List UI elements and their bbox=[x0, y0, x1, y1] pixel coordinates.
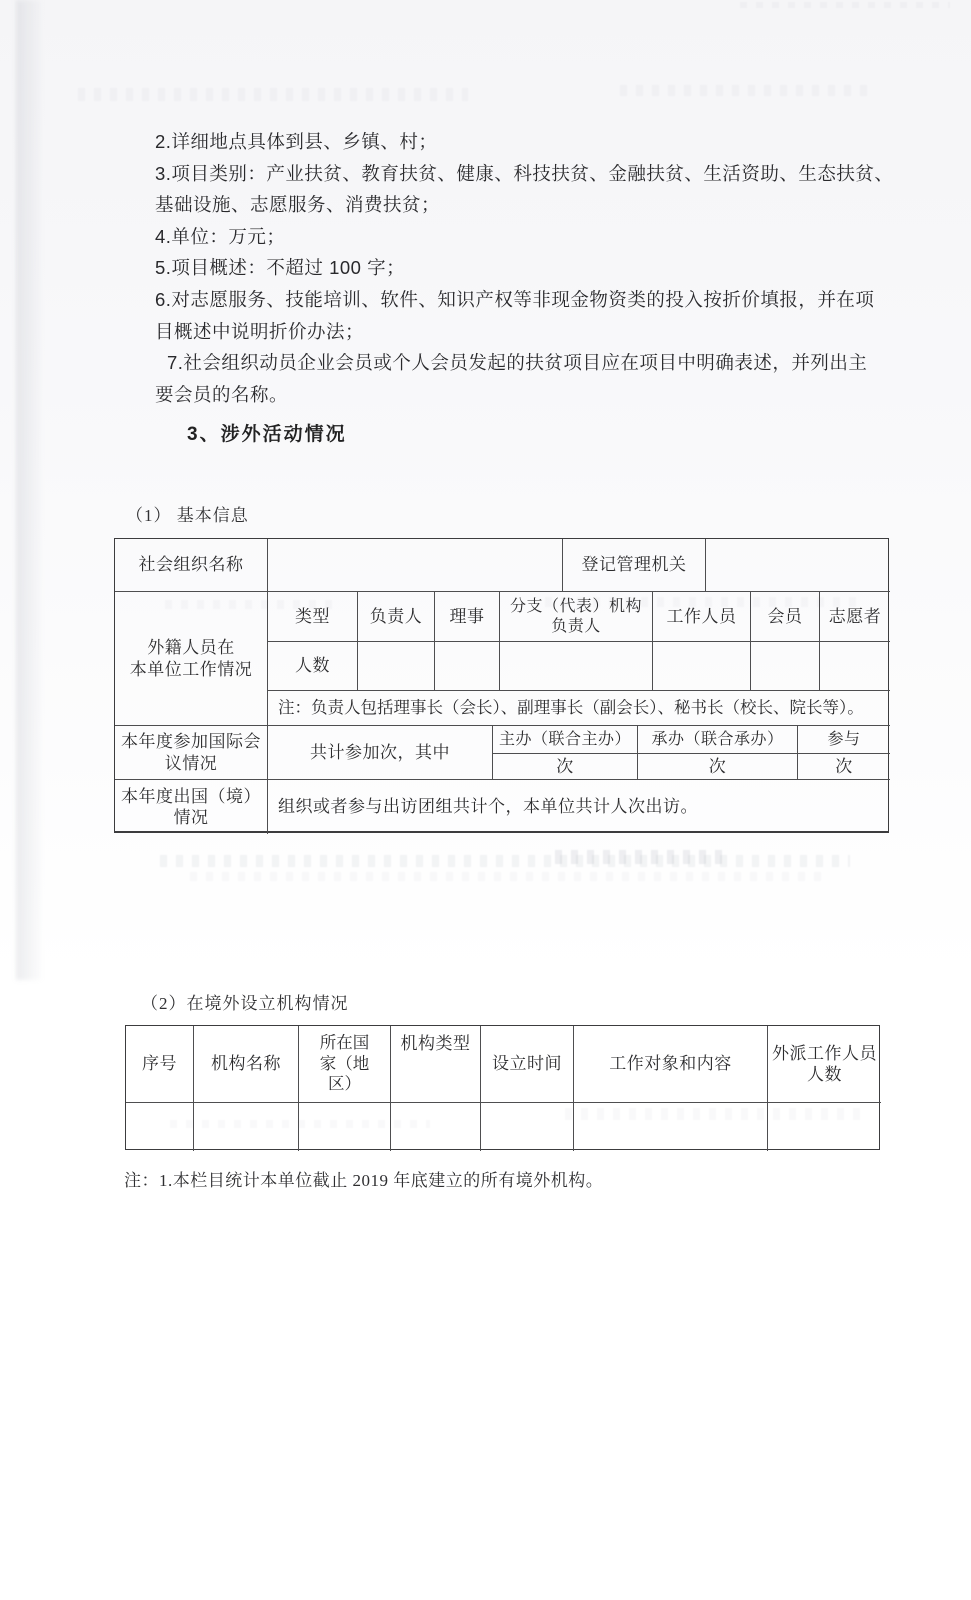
list-line: 目概述中说明折价办法； bbox=[155, 316, 865, 348]
intl-meeting-participate-header: 参与 bbox=[798, 726, 890, 754]
intl-meeting-host-unit: 次 bbox=[493, 754, 638, 780]
bleed-through-artifact bbox=[620, 85, 870, 96]
count-value-cell bbox=[358, 642, 435, 691]
registration-authority-label: 登记管理机关 bbox=[563, 539, 706, 592]
count-value-cell bbox=[435, 642, 500, 691]
list-line: 6.对志愿服务、技能培训、软件、知识产权等非现金物资类的投入按折价填报，并在项 bbox=[155, 284, 865, 316]
list-line: 要会员的名称。 bbox=[155, 379, 865, 411]
list-line: 基础设施、志愿服务、消费扶贫； bbox=[155, 189, 865, 221]
list-line: 2.详细地点具体到县、乡镇、村； bbox=[155, 126, 865, 158]
bleed-through-artifact bbox=[160, 855, 850, 867]
principal-definition-note: 注：负责人包括理事长（会长）、副理事长（副会长）、秘书长（校长、院长等）。 bbox=[268, 691, 890, 726]
list-line: 7.社会组织动员企业会员或个人会员发起的扶贫项目应在项目中明确表述，并列出主 bbox=[155, 347, 865, 379]
count-value-cell bbox=[820, 642, 890, 691]
col-header-staff: 工作人员 bbox=[653, 592, 751, 642]
count-value-cell bbox=[500, 642, 653, 691]
empty-data-cell bbox=[391, 1103, 481, 1151]
bleed-through-artifact bbox=[190, 872, 830, 881]
empty-data-cell bbox=[481, 1103, 574, 1151]
list-line: 4.单位：万元； bbox=[155, 221, 865, 253]
org-name-value-cell bbox=[268, 539, 563, 592]
bleed-through-artifact bbox=[740, 2, 950, 8]
col-header-principal: 负责人 bbox=[358, 592, 435, 642]
list-line: 5.项目概述：不超过 100 字； bbox=[155, 252, 865, 284]
col-header-country: 所在国 家（地 区） bbox=[299, 1026, 391, 1103]
org-name-label: 社会组织名称 bbox=[115, 539, 268, 592]
intl-meeting-undertake-unit: 次 bbox=[638, 754, 798, 780]
count-value-cell bbox=[653, 642, 751, 691]
col-header-member: 会员 bbox=[751, 592, 820, 642]
foreign-staff-label: 外籍人员在 本单位工作情况 bbox=[115, 592, 268, 726]
col-header-branch: 分支（代表）机构 负责人 bbox=[500, 592, 653, 642]
count-value-cell bbox=[751, 642, 820, 691]
col-header-founded-time: 设立时间 bbox=[481, 1026, 574, 1103]
bleed-through-artifact bbox=[78, 88, 468, 101]
scanned-form-page: 2.详细地点具体到县、乡镇、村； 3.项目类别：产业扶贫、教育扶贫、健康、科技扶… bbox=[0, 0, 971, 1600]
col-header-director: 理事 bbox=[435, 592, 500, 642]
basic-info-table: 社会组织名称 登记管理机关 外籍人员在 本单位工作情况 类型 负责人 理事 分支… bbox=[114, 538, 889, 833]
abroad-label: 本年度出国（境） 情况 bbox=[115, 780, 268, 834]
col-header-seq: 序号 bbox=[126, 1026, 194, 1103]
registration-authority-value-cell bbox=[706, 539, 890, 592]
col-header-org-type: 机构类型 bbox=[391, 1026, 481, 1103]
empty-data-cell bbox=[194, 1103, 299, 1151]
table2-note: 注：1.本栏目统计本单位截止 2019 年底建立的所有境外机构。 bbox=[124, 1166, 603, 1191]
col-header-type: 类型 bbox=[268, 592, 358, 642]
empty-data-cell bbox=[126, 1103, 194, 1151]
overseas-orgs-table: 序号 机构名称 所在国 家（地 区） 机构类型 设立时间 工作对象和内容 外派工… bbox=[125, 1025, 880, 1150]
intl-meeting-participate-unit: 次 bbox=[798, 754, 890, 780]
intl-meeting-total: 共计参加次，其中 bbox=[268, 726, 493, 780]
bleed-through-artifact bbox=[555, 850, 725, 864]
col-header-work-content: 工作对象和内容 bbox=[574, 1026, 768, 1103]
count-row-label: 人数 bbox=[268, 642, 358, 691]
col-header-dispatched-staff: 外派工作人员 人数 bbox=[768, 1026, 881, 1103]
empty-data-cell bbox=[574, 1103, 768, 1151]
intl-meeting-label: 本年度参加国际会 议情况 bbox=[115, 726, 268, 780]
subsection-heading-overseas-orgs: （2）在境外设立机构情况 bbox=[141, 989, 349, 1014]
intl-meeting-host-header: 主办（联合主办） bbox=[493, 726, 638, 754]
col-header-org-name: 机构名称 bbox=[194, 1026, 299, 1103]
list-line: 3.项目类别：产业扶贫、教育扶贫、健康、科技扶贫、金融扶贫、生活资助、生态扶贫、 bbox=[155, 158, 865, 190]
empty-data-cell bbox=[768, 1103, 881, 1151]
scan-edge-shadow bbox=[16, 0, 42, 980]
instruction-list: 2.详细地点具体到县、乡镇、村； 3.项目类别：产业扶贫、教育扶贫、健康、科技扶… bbox=[155, 126, 865, 410]
abroad-text: 组织或者参与出访团组共计个，本单位共计人次出访。 bbox=[268, 780, 890, 834]
subsection-heading-basic-info: （1） 基本信息 bbox=[126, 501, 249, 526]
intl-meeting-undertake-header: 承办（联合承办） bbox=[638, 726, 798, 754]
section-heading: 3、涉外活动情况 bbox=[187, 419, 347, 446]
empty-data-cell bbox=[299, 1103, 391, 1151]
col-header-volunteer: 志愿者 bbox=[820, 592, 890, 642]
